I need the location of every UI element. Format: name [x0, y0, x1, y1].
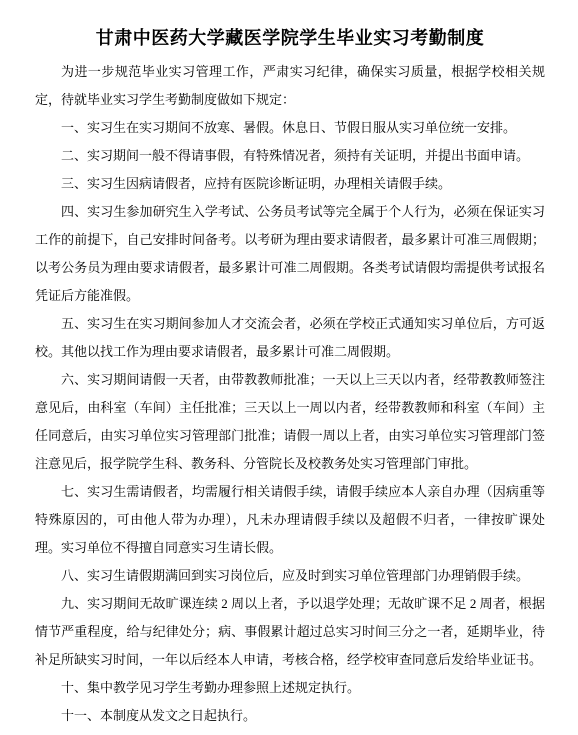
- rule-item-7: 七、实习生需请假者，均需履行相关请假手续，请假手续应本人亲自办理（因病重等特殊原…: [35, 478, 545, 562]
- document-page: 甘肃中医药大学藏医学院学生毕业实习考勤制度 为进一步规范毕业实习管理工作，严肃实…: [0, 0, 578, 735]
- rule-item-11: 十一、本制度从发文之日起执行。: [35, 702, 545, 730]
- intro-paragraph: 为进一步规范毕业实习管理工作，严肃实习纪律，确保实习质量，根据学校相关规定，待就…: [35, 58, 545, 114]
- rule-item-8: 八、实习生请假期满回到实习岗位后，应及时到实习单位管理部门办理销假手续。: [35, 562, 545, 590]
- rule-item-4: 四、实习生参加研究生入学考试、公务员考试等完全属于个人行为，必须在保证实习工作的…: [35, 198, 545, 310]
- rule-item-6: 六、实习期间请假一天者，由带教教师批准；一天以上三天以内者，经带教教师签注意见后…: [35, 366, 545, 478]
- rule-item-2: 二、实习期间一般不得请事假，有特殊情况者，须持有关证明，并提出书面申请。: [35, 142, 545, 170]
- rule-item-3: 三、实习生因病请假者，应持有医院诊断证明，办理相关请假手续。: [35, 170, 545, 198]
- document-title: 甘肃中医药大学藏医学院学生毕业实习考勤制度: [35, 26, 545, 50]
- rule-item-1: 一、实习生在实习期间不放寒、暑假。休息日、节假日服从实习单位统一安排。: [35, 114, 545, 142]
- rule-item-10: 十、集中教学见习学生考勤办理参照上述规定执行。: [35, 674, 545, 702]
- rule-item-9: 九、实习期间无故旷课连续 2 周以上者，予以退学处理；无故旷课不足 2 周者，根…: [35, 590, 545, 674]
- rule-item-5: 五、实习生在实习期间参加人才交流会者，必须在学校正式通知实习单位后，方可返校。其…: [35, 310, 545, 366]
